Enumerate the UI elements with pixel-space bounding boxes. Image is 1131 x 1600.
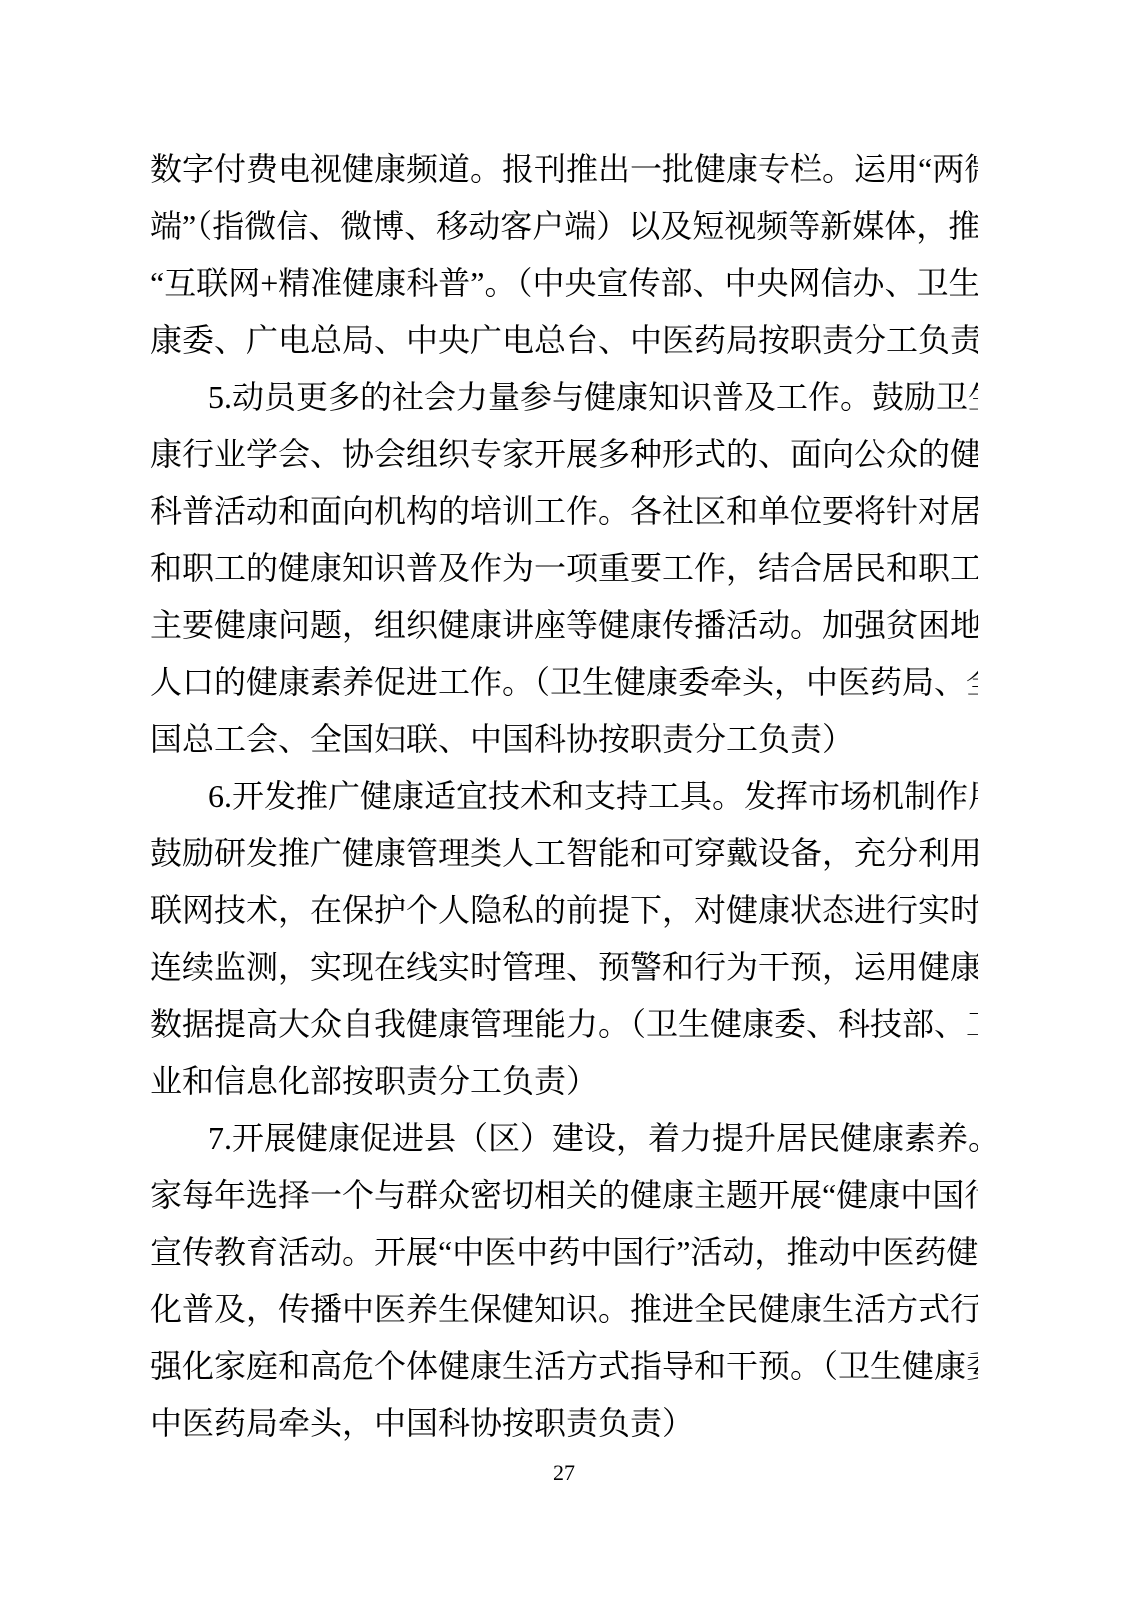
text-line: “互联网+精准健康科普”。（中央宣传部、中央网信办、卫生健	[150, 255, 978, 312]
text-line: 科普活动和面向机构的培训工作。各社区和单位要将针对居民	[150, 483, 978, 540]
text-line: 连续监测，实现在线实时管理、预警和行为干预，运用健康大	[150, 939, 978, 996]
text-line: 家每年选择一个与群众密切相关的健康主题开展“健康中国行”	[150, 1167, 978, 1224]
text-line paragraph-end: 业和信息化部按职责分工负责）	[150, 1053, 978, 1110]
text-line: 主要健康问题，组织健康讲座等健康传播活动。加强贫困地区	[150, 597, 978, 654]
text-line: 宣传教育活动。开展“中医中药中国行”活动，推动中医药健康文	[150, 1224, 978, 1281]
text-line paragraph-end: 中医药局牵头，中国科协按职责负责）	[150, 1395, 978, 1452]
text-line paragraph-end: 国总工会、全国妇联、中国科协按职责分工负责）	[150, 711, 978, 768]
text-line paragraph-end: 康委、广电总局、中央广电总台、中医药局按职责分工负责）	[150, 312, 978, 369]
text-line: 数据提高大众自我健康管理能力。（卫生健康委、科技部、工	[150, 996, 978, 1053]
document-body: 数字付费电视健康频道。报刊推出一批健康专栏。运用“两微一 端”（指微信、微博、移…	[150, 141, 978, 1452]
text-line: 化普及，传播中医养生保健知识。推进全民健康生活方式行动，	[150, 1281, 978, 1338]
text-line: 和职工的健康知识普及作为一项重要工作，结合居民和职工的	[150, 540, 978, 597]
text-line: 人口的健康素养促进工作。（卫生健康委牵头，中医药局、全	[150, 654, 978, 711]
page-number: 27	[150, 1458, 978, 1488]
text-line paragraph-start-item-6: 6.开发推广健康适宜技术和支持工具。发挥市场机制作用，	[150, 768, 978, 825]
text-line paragraph-start-item-7: 7.开展健康促进县（区）建设，着力提升居民健康素养。国	[150, 1110, 978, 1167]
text-line: 端”（指微信、微博、移动客户端）以及短视频等新媒体，推动	[150, 198, 978, 255]
text-line: 康行业学会、协会组织专家开展多种形式的、面向公众的健康	[150, 426, 978, 483]
text-line: 联网技术，在保护个人隐私的前提下，对健康状态进行实时、	[150, 882, 978, 939]
text-line: 强化家庭和高危个体健康生活方式指导和干预。（卫生健康委、	[150, 1338, 978, 1395]
text-line: 数字付费电视健康频道。报刊推出一批健康专栏。运用“两微一	[150, 141, 978, 198]
document-page: 数字付费电视健康频道。报刊推出一批健康专栏。运用“两微一 端”（指微信、微博、移…	[0, 0, 1131, 1600]
text-line paragraph-start-item-5: 5.动员更多的社会力量参与健康知识普及工作。鼓励卫生健	[150, 369, 978, 426]
text-line: 鼓励研发推广健康管理类人工智能和可穿戴设备，充分利用互	[150, 825, 978, 882]
